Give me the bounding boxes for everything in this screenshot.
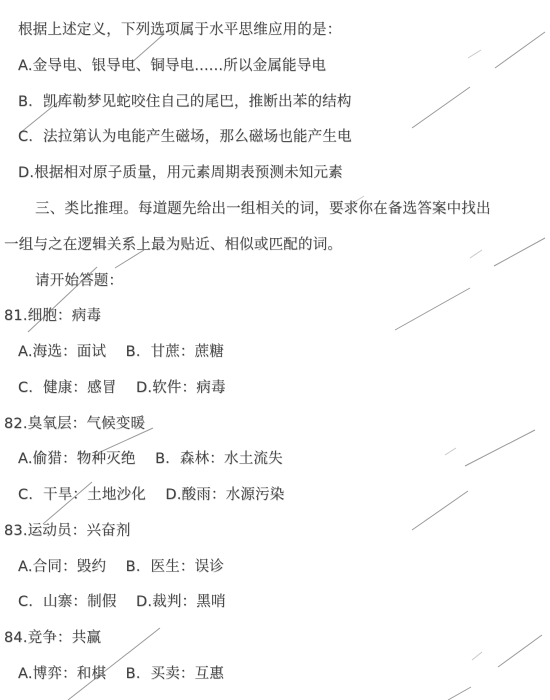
watermark-stroke	[465, 430, 535, 466]
question-82-options-cd: C．干旱：土地沙化 D.酸雨：水源污染	[18, 485, 285, 505]
question-83-options-cd: C．山寨：制假 D.裁判：黑哨	[18, 592, 226, 612]
section-heading-analogy: 三、类比推理。每道题先给出一组相关的词，要求你在备选答案中找出	[35, 199, 491, 219]
begin-answer-prompt: 请开始答题：	[35, 271, 123, 291]
watermark-stroke	[412, 491, 468, 530]
definition-option-d: D.根据相对原子质量，用元素周期表预测未知元素	[18, 163, 343, 183]
question-84-stem: 84.竞争：共赢	[4, 628, 101, 648]
scanned-exam-page: 根据上述定义，下列选项属于水平思维应用的是： A.金导电、银导电、铜导电....…	[0, 0, 550, 700]
watermark-stroke	[498, 635, 542, 667]
question-83-options-ab: A.合同：毁约 B．医生：误诊	[18, 557, 224, 577]
question-81-options-ab: A.海选：面试 B．甘蔗：蔗糖	[18, 342, 224, 362]
watermark-stroke	[412, 87, 470, 128]
watermark-stroke	[448, 687, 471, 700]
watermark-stroke	[395, 288, 470, 330]
section-heading-cont: 一组与之在逻辑关系上最为贴近、相似或匹配的词。	[4, 235, 342, 255]
watermark-stroke	[445, 448, 456, 455]
question-81-stem: 81.细胞：病毒	[4, 306, 101, 326]
question-82-options-ab: A.偷猎：物种灭绝 B．森林：水土流失	[18, 449, 283, 469]
question-81-options-cd: C．健康：感冒 D.软件：病毒	[18, 378, 226, 398]
watermark-stroke	[494, 238, 545, 266]
definition-option-c: C．法拉第认为电能产生磁场，那么磁场也能产生电	[18, 127, 352, 147]
definition-question-stem: 根据上述定义，下列选项属于水平思维应用的是：	[18, 20, 341, 40]
watermark-stroke	[472, 652, 482, 660]
question-84-options-ab: A.博弈：和棋 B．买卖：互惠	[18, 664, 224, 684]
question-82-stem: 82.臭氧层：气候变暖	[4, 414, 145, 434]
definition-option-a: A.金导电、银导电、铜导电......所以金属能导电	[18, 56, 326, 76]
watermark-stroke	[468, 50, 481, 58]
question-83-stem: 83.运动员：兴奋剂	[4, 521, 131, 541]
watermark-stroke	[495, 32, 545, 68]
watermark-stroke	[470, 250, 482, 258]
definition-option-b: B．凯库勒梦见蛇咬住自己的尾巴，推断出苯的结构	[18, 92, 352, 112]
